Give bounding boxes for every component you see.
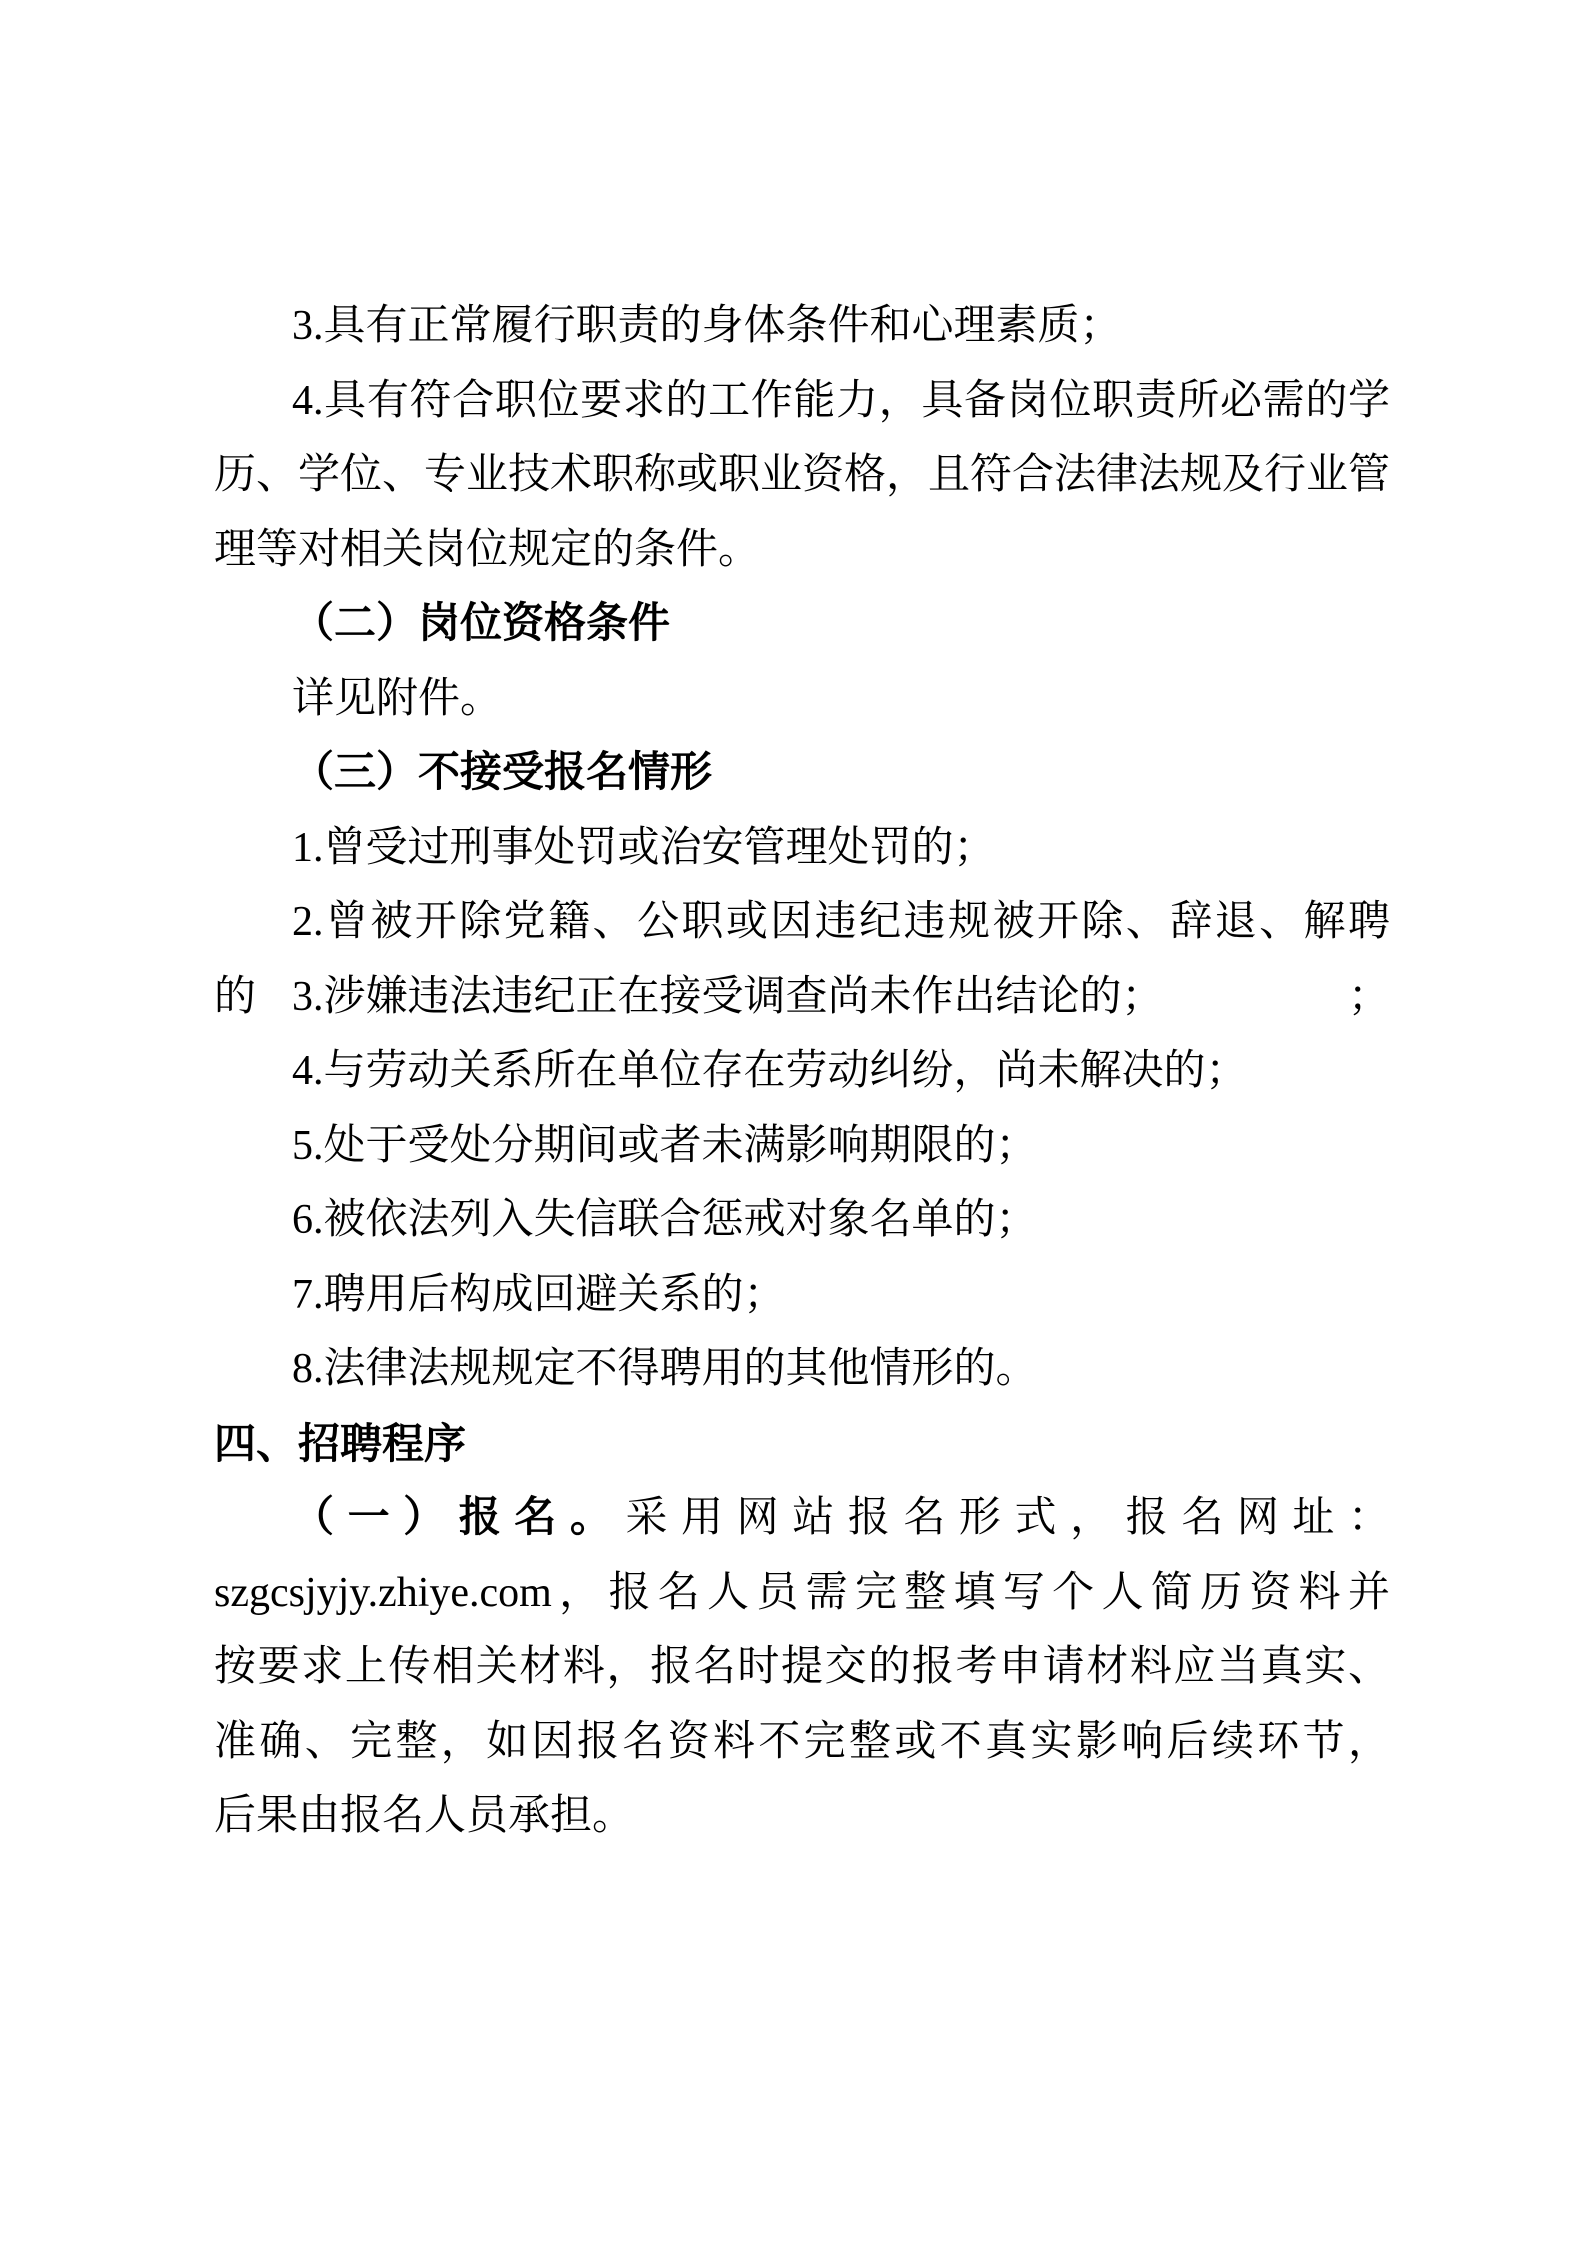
text-run: 1.曾受过刑事处罚或治安管理处罚的； [292,825,996,871]
document-line: 后果由报名人员承担。 [214,1779,1390,1854]
text-run: 采用网站报名形式，报名网址： [625,1495,1390,1541]
text-run: （二）岗位资格条件 [292,601,670,647]
document-line: 2.曾被开除党籍、公职或因违纪违规被开除、辞退、解聘的； [214,885,1390,960]
text-run: （一）报名。 [292,1495,625,1541]
text-run: 理等对相关岗位规定的条件。 [214,527,760,573]
document-line: 6.被依法列入失信联合惩戒对象名单的； [214,1183,1390,1258]
text-run: 8.法律法规规定不得聘用的其他情形的。 [292,1346,1038,1392]
text-run: 按要求上传相关材料，报名时提交的报考申请材料应当真实、 [214,1644,1390,1690]
text-run: 历、学位、专业技术职称或职业资格，且符合法律法规及行业管 [214,452,1390,498]
text-run: 3.涉嫌违法违纪正在接受调查尚未作出结论的； [292,974,1164,1020]
text-run: 详见附件。 [292,676,502,722]
document-line: 历、学位、专业技术职称或职业资格，且符合法律法规及行业管 [214,438,1390,513]
text-run: 4.与劳动关系所在单位存在劳动纠纷，尚未解决的； [292,1048,1248,1094]
text-run: 准确、完整，如因报名资料不完整或不真实影响后续环节， [214,1719,1390,1765]
document-page: 3.具有正常履行职责的身体条件和心理素质；4.具有符合职位要求的工作能力，具备岗… [0,0,1587,2245]
text-run: （三）不接受报名情形 [292,750,712,796]
document-line: 详见附件。 [214,662,1390,737]
document-line: szgcsjyjy.zhiye.com，报名人员需完整填写个人简历资料并 [214,1556,1390,1631]
document-line: 准确、完整，如因报名资料不完整或不真实影响后续环节， [214,1705,1390,1780]
text-run: 7.聘用后构成回避关系的； [292,1272,786,1318]
text-run: 6.被依法列入失信联合惩戒对象名单的； [292,1197,1038,1243]
document-line: 4.与劳动关系所在单位存在劳动纠纷，尚未解决的； [214,1034,1390,1109]
document-line: 按要求上传相关材料，报名时提交的报考申请材料应当真实、 [214,1630,1390,1705]
text-run: 4.具有符合职位要求的工作能力，具备岗位职责所必需的学 [292,378,1390,424]
document-line: 3.具有正常履行职责的身体条件和心理素质； [214,289,1390,364]
document-line: （一）报名。采用网站报名形式，报名网址： [214,1481,1390,1556]
text-run: 5.处于受处分期间或者未满影响期限的； [292,1123,1038,1169]
document-line: （二）岗位资格条件 [214,587,1390,662]
text-run: 3.具有正常履行职责的身体条件和心理素质； [292,303,1122,349]
document-line: 1.曾受过刑事处罚或治安管理处罚的； [214,811,1390,886]
document-line: 4.具有符合职位要求的工作能力，具备岗位职责所必需的学 [214,364,1390,439]
text-run: szgcsjyjy.zhiye.com，报名人员需完整填写个人简历资料并 [214,1570,1390,1616]
text-run: 四、招聘程序 [214,1420,466,1467]
document-line: 5.处于受处分期间或者未满影响期限的； [214,1109,1390,1184]
text-run: 后果由报名人员承担。 [214,1793,634,1839]
document-body: 3.具有正常履行职责的身体条件和心理素质；4.具有符合职位要求的工作能力，具备岗… [214,289,1390,1854]
document-line: 8.法律法规规定不得聘用的其他情形的。 [214,1332,1390,1407]
document-line: 7.聘用后构成回避关系的； [214,1258,1390,1333]
document-line: （三）不接受报名情形 [214,736,1390,811]
document-line: 理等对相关岗位规定的条件。 [214,513,1390,588]
document-line: 四、招聘程序 [214,1407,1390,1482]
